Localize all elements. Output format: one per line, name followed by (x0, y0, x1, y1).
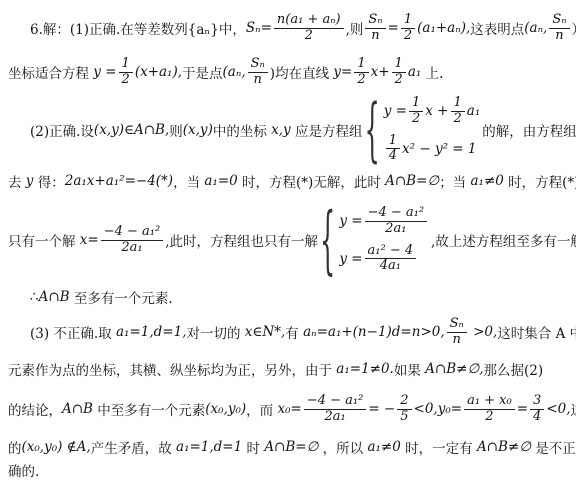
text-run: 于是点 (182, 62, 223, 82)
math-run: <0, (546, 401, 570, 417)
fraction-denominator: 2 (392, 73, 406, 88)
math-run: 2a₁x+a₁²=−4(*) (65, 173, 173, 189)
text-run: ，当 (173, 171, 204, 191)
fraction-denominator: 2 (451, 112, 465, 127)
math-run: A∩B (39, 289, 70, 305)
system-equation-2: 1 4 x² − y² = 1 (384, 134, 477, 164)
math-run: a₁=1,d=1 (176, 439, 242, 455)
fraction-denominator: 2 (354, 73, 368, 88)
math-run: a₁ (467, 103, 480, 119)
system-equation-1: y = −4 − a₁² 2a₁ (339, 206, 429, 236)
doc-line-2: 坐标适合方程 y = 1 2 (x+a₁), 于是点 (aₙ, Sₙ n )均在… (8, 50, 572, 94)
text-run: 则 (169, 120, 183, 140)
fraction: 1 2 (451, 96, 465, 126)
fraction-numerator: a₁² − 4 (365, 244, 417, 260)
doc-line-8: 元素作为点的坐标，其横、纵坐标均为正，另外，由于 a₁=1≠0. 如果 A∩B≠… (8, 354, 572, 384)
text-run: 的 (8, 437, 22, 457)
equation-system: { y = −4 − a₁² 2a₁ y = a₁² − 4 4a₁ (320, 206, 429, 273)
math-run: y = (339, 251, 362, 267)
math-run: y (26, 173, 34, 189)
fraction-denominator: 2 (482, 410, 496, 425)
fraction: Sₙ n (549, 13, 569, 43)
therefore-symbol: ∴ (30, 289, 39, 305)
fraction-denominator: 5 (397, 410, 411, 425)
fraction-denominator: n (450, 333, 464, 348)
fraction-numerator: 1 (386, 134, 400, 150)
fraction: n(a₁ + aₙ) 2 (274, 13, 344, 43)
fraction-denominator: n (251, 73, 265, 88)
doc-line-11: 确的. (8, 460, 572, 480)
math-run: = (517, 401, 528, 417)
doc-line-9: 的结论， A∩B 中至多有一个元素 (x₀,y₀) ，而 x₀= −4 − a₁… (8, 384, 572, 434)
fraction: 1 2 (409, 96, 423, 126)
fraction: a₁ + x₀ 2 (464, 394, 515, 424)
fraction-denominator: n (552, 29, 566, 44)
math-run: A∩B (62, 401, 93, 417)
doc-line-7: (3) 不正确.取 a₁=1,d=1, 对一切的 x∈N*, 有 aₙ=a₁+(… (8, 310, 572, 354)
text-run: ，所以 (318, 437, 367, 457)
fraction: a₁² − 4 4a₁ (365, 244, 417, 274)
doc-line-5: 只有一个解 x= −4 − a₁² 2a₁ ,此时，方程组也只有一解 { y =… (8, 196, 572, 284)
text-run: 6.解：(1)正确.在等差数列{aₙ}中， (30, 18, 246, 38)
equation-system: { y = 1 2 x + 1 2 a₁ (364, 96, 480, 163)
fraction: −4 − a₁² 2a₁ (365, 206, 428, 236)
math-run: x,y (271, 122, 291, 138)
math-run: (x,y) (183, 122, 213, 138)
fraction-numerator: 3 (530, 394, 544, 410)
fraction-denominator: 2a₁ (321, 410, 348, 425)
text-run: 中至多有一个元素 (93, 399, 205, 419)
text-run: 对一切的 (187, 322, 245, 342)
text-run: )均在直线 (270, 62, 334, 82)
text-run: 只有一个解 (8, 230, 80, 250)
math-run: A∩B≠∅ (477, 439, 531, 455)
text-run: ,此时，方程组也只有一解 (165, 230, 318, 250)
text-run: 产生矛盾，故 (91, 437, 176, 457)
text-run: 上. (421, 62, 443, 82)
math-run: x₀= (277, 401, 301, 417)
text-run: 元素作为点的坐标，其横、纵坐标均为正，另外，由于 (8, 359, 336, 379)
system-equation-2: y = a₁² − 4 4a₁ (339, 244, 418, 274)
doc-line-4: 去 y 得： 2a₁x+a₁²=−4(*) ，当 a₁=0 时，方程(*)无解，… (8, 166, 572, 196)
text-run: ，而 (246, 399, 277, 419)
text-run: 时，方程(*) (504, 171, 576, 191)
fraction: 2 5 (397, 394, 411, 424)
text-run: 那么据(2) (484, 359, 544, 379)
fraction-denominator: 2 (401, 29, 415, 44)
fraction-numerator: −4 − a₁² (304, 394, 367, 410)
math-run: a₁≠0 (470, 173, 503, 189)
text-run: (3) 不正确.取 (30, 322, 116, 342)
text-run: 有 (285, 322, 303, 342)
system-rows: y = −4 − a₁² 2a₁ y = a₁² − 4 4a₁ (339, 206, 429, 273)
text-run: 至多有一个元素. (70, 287, 173, 307)
math-run: A∩B=∅ (264, 439, 318, 455)
text-run: 应是方程组 (291, 120, 363, 140)
fraction: −4 − a₁² 2a₁ (304, 394, 367, 424)
math-run: y = (339, 213, 362, 229)
fraction-numerator: a₁ + x₀ (464, 394, 515, 410)
fraction: 1 2 (401, 13, 415, 43)
fraction-numerator: Sₙ (549, 13, 569, 29)
fraction-numerator: 1 (401, 13, 415, 29)
doc-line-6: ∴ A∩B 至多有一个元素. (8, 284, 572, 310)
math-run: ∉A, (62, 439, 90, 455)
math-run: y = (93, 64, 116, 80)
math-run: (x₀,y₀) (205, 401, 246, 417)
fraction: 1 2 (392, 57, 406, 87)
fraction-numerator: 1 (392, 57, 406, 73)
left-brace: { (320, 203, 335, 277)
text-run: 是不正 (531, 437, 576, 457)
fraction-numerator: 1 (451, 96, 465, 112)
text-run: 如果 (394, 359, 425, 379)
fraction-numerator: −4 − a₁² (101, 225, 164, 241)
math-run: a₁=1,d=1, (116, 324, 187, 340)
math-run: a₁ (408, 64, 421, 80)
text-run: (2)正确.设 (30, 120, 94, 140)
math-run: a₁=1≠0. (336, 361, 394, 377)
fraction-denominator: 2 (302, 29, 316, 44)
math-run: aₙ=a₁+(n−1)d=n>0, (303, 324, 445, 340)
doc-line-1: 6.解：(1)正确.在等差数列{aₙ}中， Sₙ= n(a₁ + aₙ) 2 ,… (8, 6, 572, 50)
math-run: (x+a₁), (135, 64, 182, 80)
doc-line-3: (2)正确.设 (x,y)∈A∩B, 则 (x,y) 中的坐标 x,y 应是方程… (8, 94, 572, 166)
math-run: x= (80, 232, 99, 248)
fraction-numerator: Sₙ (365, 13, 385, 29)
math-run: A∩B≠∅, (425, 361, 483, 377)
math-run: (x₀,y₀) (22, 439, 63, 455)
text-run: ；当 (439, 171, 470, 191)
math-solution-document: 6.解：(1)正确.在等差数列{aₙ}中， Sₙ= n(a₁ + aₙ) 2 ,… (0, 0, 576, 480)
fraction: 1 2 (119, 57, 133, 87)
text-run: 中的坐标 (213, 120, 271, 140)
fraction-denominator: 4a₁ (377, 259, 404, 274)
math-run: = (388, 20, 399, 36)
text-run: 确的. (8, 460, 39, 480)
text-run: 去 (8, 171, 26, 191)
fraction-denominator: n (368, 29, 382, 44)
fraction-numerator: 1 (409, 96, 423, 112)
math-run: x∈N*, (245, 324, 285, 340)
fraction-denominator: 4 (386, 149, 400, 164)
math-run: a₁=0 (204, 173, 237, 189)
fraction-denominator: 2a₁ (118, 241, 145, 256)
math-run: <0,y₀= (414, 401, 463, 417)
math-run: (x,y)∈A∩B, (94, 122, 169, 138)
fraction: Sₙ n (447, 317, 467, 347)
fraction: Sₙ n (248, 57, 268, 87)
text-run: 时，一定有 (401, 437, 477, 457)
text-run: 坐标适合方程 (8, 62, 93, 82)
fraction: 1 4 (386, 134, 400, 164)
text-run: ,则 (346, 18, 364, 38)
fraction-denominator: 2 (409, 112, 423, 127)
math-run: Sₙ= (246, 20, 272, 36)
math-run: (a₁+aₙ), (417, 20, 470, 36)
fraction: −4 − a₁² 2a₁ (101, 225, 164, 255)
math-run: x² − y² = 1 (402, 141, 476, 157)
fraction: 1 2 (354, 57, 368, 87)
fraction-numerator: −4 − a₁² (365, 206, 428, 222)
text-run: 时 (242, 437, 264, 457)
math-run: = − (368, 401, 395, 417)
text-run: 这表明点 (470, 18, 524, 38)
fraction: 3 4 (530, 394, 544, 424)
fraction-denominator: 4 (530, 410, 544, 425)
text-run: 的解，由方程组消 (482, 120, 576, 140)
math-run: x+ (371, 64, 390, 80)
math-run: (aₙ, (524, 20, 547, 36)
text-run: 时，方程(*)无解，此时 (238, 171, 385, 191)
math-run: >0, (469, 324, 497, 340)
fraction-numerator: 1 (119, 57, 133, 73)
fraction-numerator: Sₙ (248, 57, 268, 73)
text-run: ）的 (572, 18, 576, 38)
text-run: 这时集合 A 中的 (497, 322, 576, 342)
fraction-numerator: Sₙ (447, 317, 467, 333)
math-run: x + (425, 103, 448, 119)
left-brace: { (364, 95, 379, 165)
fraction-numerator: 1 (354, 57, 368, 73)
fraction-denominator: 2 (119, 73, 133, 88)
text-run: 这样 (571, 399, 576, 419)
fraction-denominator: 2a₁ (382, 222, 409, 237)
math-run: a₁≠0 (367, 439, 400, 455)
math-run: (aₙ, (223, 64, 246, 80)
text-run: ,故上述方程组至多有一解. (431, 230, 576, 250)
fraction-numerator: n(a₁ + aₙ) (274, 13, 344, 29)
math-run: y = (384, 103, 407, 119)
system-rows: y = 1 2 x + 1 2 a₁ 1 4 (384, 96, 480, 163)
math-run: A∩B=∅ (385, 173, 439, 189)
math-run: y= (333, 64, 352, 80)
fraction-numerator: 2 (397, 394, 411, 410)
text-run: 得： (33, 171, 64, 191)
doc-line-10: 的 (x₀,y₀) ∉A, 产生矛盾，故 a₁=1,d=1 时 A∩B=∅ ，所… (8, 434, 572, 460)
text-run: 的结论， (8, 399, 62, 419)
system-equation-1: y = 1 2 x + 1 2 a₁ (384, 96, 480, 126)
fraction: Sₙ n (365, 13, 385, 43)
